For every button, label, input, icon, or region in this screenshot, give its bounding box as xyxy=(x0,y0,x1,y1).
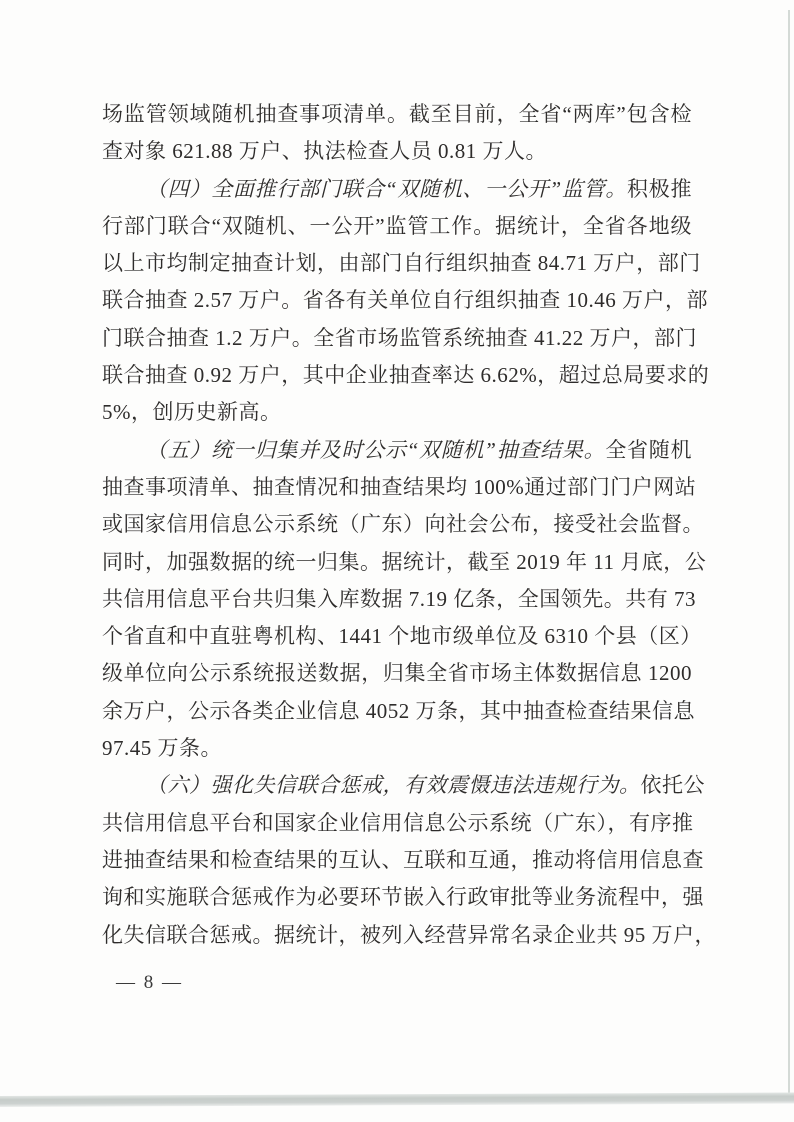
text-line: 抽查事项清单、抽查情况和抽查结果均 100%通过部门门户网站 xyxy=(102,469,692,506)
body-segment: 行部门联合“双随机、一公开”监管工作。据统计，全省各地级 xyxy=(102,214,692,238)
body-segment: 共信用信息平台共归集入库数据 7.19 亿条，全国领先。共有 73 xyxy=(102,587,696,611)
heading-segment: （四）全面推行部门联合“双随机、一公开”监管。 xyxy=(146,177,627,201)
body-segment: 抽查事项清单、抽查情况和抽查结果均 100%通过部门门户网站 xyxy=(102,475,696,499)
text-line: 行部门联合“双随机、一公开”监管工作。据统计，全省各地级 xyxy=(102,208,692,245)
body-segment: 联合抽查 0.92 万户，其中企业抽查率达 6.62%，超过总局要求的 xyxy=(102,363,709,387)
text-line: 场监管领域随机抽查事项清单。截至目前，全省“两库”包含检 xyxy=(102,96,692,133)
document-page: 场监管领域随机抽查事项清单。截至目前，全省“两库”包含检 查对象 621.88 … xyxy=(0,0,794,1122)
body-segment: 全省随机 xyxy=(605,438,692,462)
body-segment: 场监管领域随机抽查事项清单。截至目前，全省“两库”包含检 xyxy=(102,102,692,126)
body-segment: 依托公 xyxy=(641,773,706,797)
body-segment: 同时，加强数据的统一归集。据统计，截至 2019 年 11 月底，公 xyxy=(102,550,706,574)
body-segment: 97.45 万条。 xyxy=(102,736,222,760)
body-segment: 门联合抽查 1.2 万户。全省市场监管系统抽查 41.22 万户，部门 xyxy=(102,326,697,350)
text-line: 同时，加强数据的统一归集。据统计，截至 2019 年 11 月底，公 xyxy=(102,544,692,581)
text-line: 97.45 万条。 xyxy=(102,730,692,767)
heading-segment: （六）强化失信联合惩戒，有效震慑违法违规行为。 xyxy=(146,773,641,797)
text-line: 门联合抽查 1.2 万户。全省市场监管系统抽查 41.22 万户，部门 xyxy=(102,320,692,357)
text-line: 级单位向公示系统报送数据，归集全省市场主体数据信息 1200 xyxy=(102,655,692,692)
text-block: 场监管领域随机抽查事项清单。截至目前，全省“两库”包含检 查对象 621.88 … xyxy=(102,96,692,954)
text-line: 联合抽查 2.57 万户。省各有关单位自行组织抽查 10.46 万户，部 xyxy=(102,282,692,319)
body-segment: 个省直和中直驻粤机构、1441 个地市级单位及 6310 个县（区） xyxy=(102,624,702,648)
scan-edge-bottom-band xyxy=(0,1092,794,1107)
text-line: 联合抽查 0.92 万户，其中企业抽查率达 6.62%，超过总局要求的 xyxy=(102,357,692,394)
text-line: 个省直和中直驻粤机构、1441 个地市级单位及 6310 个县（区） xyxy=(102,618,692,655)
text-line: 共信用信息平台和国家企业信用信息公示系统（广东），有序推 xyxy=(102,805,692,842)
body-segment: 查对象 621.88 万户、执法检查人员 0.81 万人。 xyxy=(102,139,547,163)
text-line-paragraph-start: （五）统一归集并及时公示“双随机”抽查结果。全省随机 xyxy=(102,432,692,469)
heading-segment: （五）统一归集并及时公示“双随机”抽查结果。 xyxy=(146,438,605,462)
scan-edge-right-line xyxy=(788,10,790,1095)
body-segment: 共信用信息平台和国家企业信用信息公示系统（广东），有序推 xyxy=(102,811,694,835)
body-segment: 级单位向公示系统报送数据，归集全省市场主体数据信息 1200 xyxy=(102,661,692,685)
text-line: 以上市均制定抽查计划，由部门自行组织抽查 84.71 万户，部门 xyxy=(102,245,692,282)
page-number: — 8 — xyxy=(116,972,183,994)
text-line: 进抽查结果和检查结果的互认、互联和互通，推动将信用信息查 xyxy=(102,842,692,879)
text-line: 5%，创历史新高。 xyxy=(102,394,692,431)
body-segment: 或国家信用信息公示系统（广东）向社会公布，接受社会监督。 xyxy=(102,512,704,536)
body-segment: 积极推 xyxy=(627,177,692,201)
text-line: 或国家信用信息公示系统（广东）向社会公布，接受社会监督。 xyxy=(102,506,692,543)
body-segment: 余万户，公示各类企业信息 4052 万条，其中抽查检查结果信息 xyxy=(102,699,695,723)
body-segment: 化失信联合惩戒。据统计，被列入经营异常名录企业共 95 万户， xyxy=(102,923,716,947)
text-line: 查对象 621.88 万户、执法检查人员 0.81 万人。 xyxy=(102,133,692,170)
body-segment: 询和实施联合惩戒作为必要环节嵌入行政审批等业务流程中，强 xyxy=(102,885,704,909)
text-line: 询和实施联合惩戒作为必要环节嵌入行政审批等业务流程中，强 xyxy=(102,879,692,916)
body-segment: 5%，创历史新高。 xyxy=(102,400,282,424)
text-line-paragraph-start: （六）强化失信联合惩戒，有效震慑违法违规行为。依托公 xyxy=(102,767,692,804)
text-line-paragraph-start: （四）全面推行部门联合“双随机、一公开”监管。积极推 xyxy=(102,171,692,208)
text-line: 共信用信息平台共归集入库数据 7.19 亿条，全国领先。共有 73 xyxy=(102,581,692,618)
text-line: 化失信联合惩戒。据统计，被列入经营异常名录企业共 95 万户， xyxy=(102,917,692,954)
body-segment: 进抽查结果和检查结果的互认、互联和互通，推动将信用信息查 xyxy=(102,848,704,872)
body-segment: 以上市均制定抽查计划，由部门自行组织抽查 84.71 万户，部门 xyxy=(102,251,701,275)
body-segment: 联合抽查 2.57 万户。省各有关单位自行组织抽查 10.46 万户，部 xyxy=(102,288,708,312)
text-line: 余万户，公示各类企业信息 4052 万条，其中抽查检查结果信息 xyxy=(102,693,692,730)
